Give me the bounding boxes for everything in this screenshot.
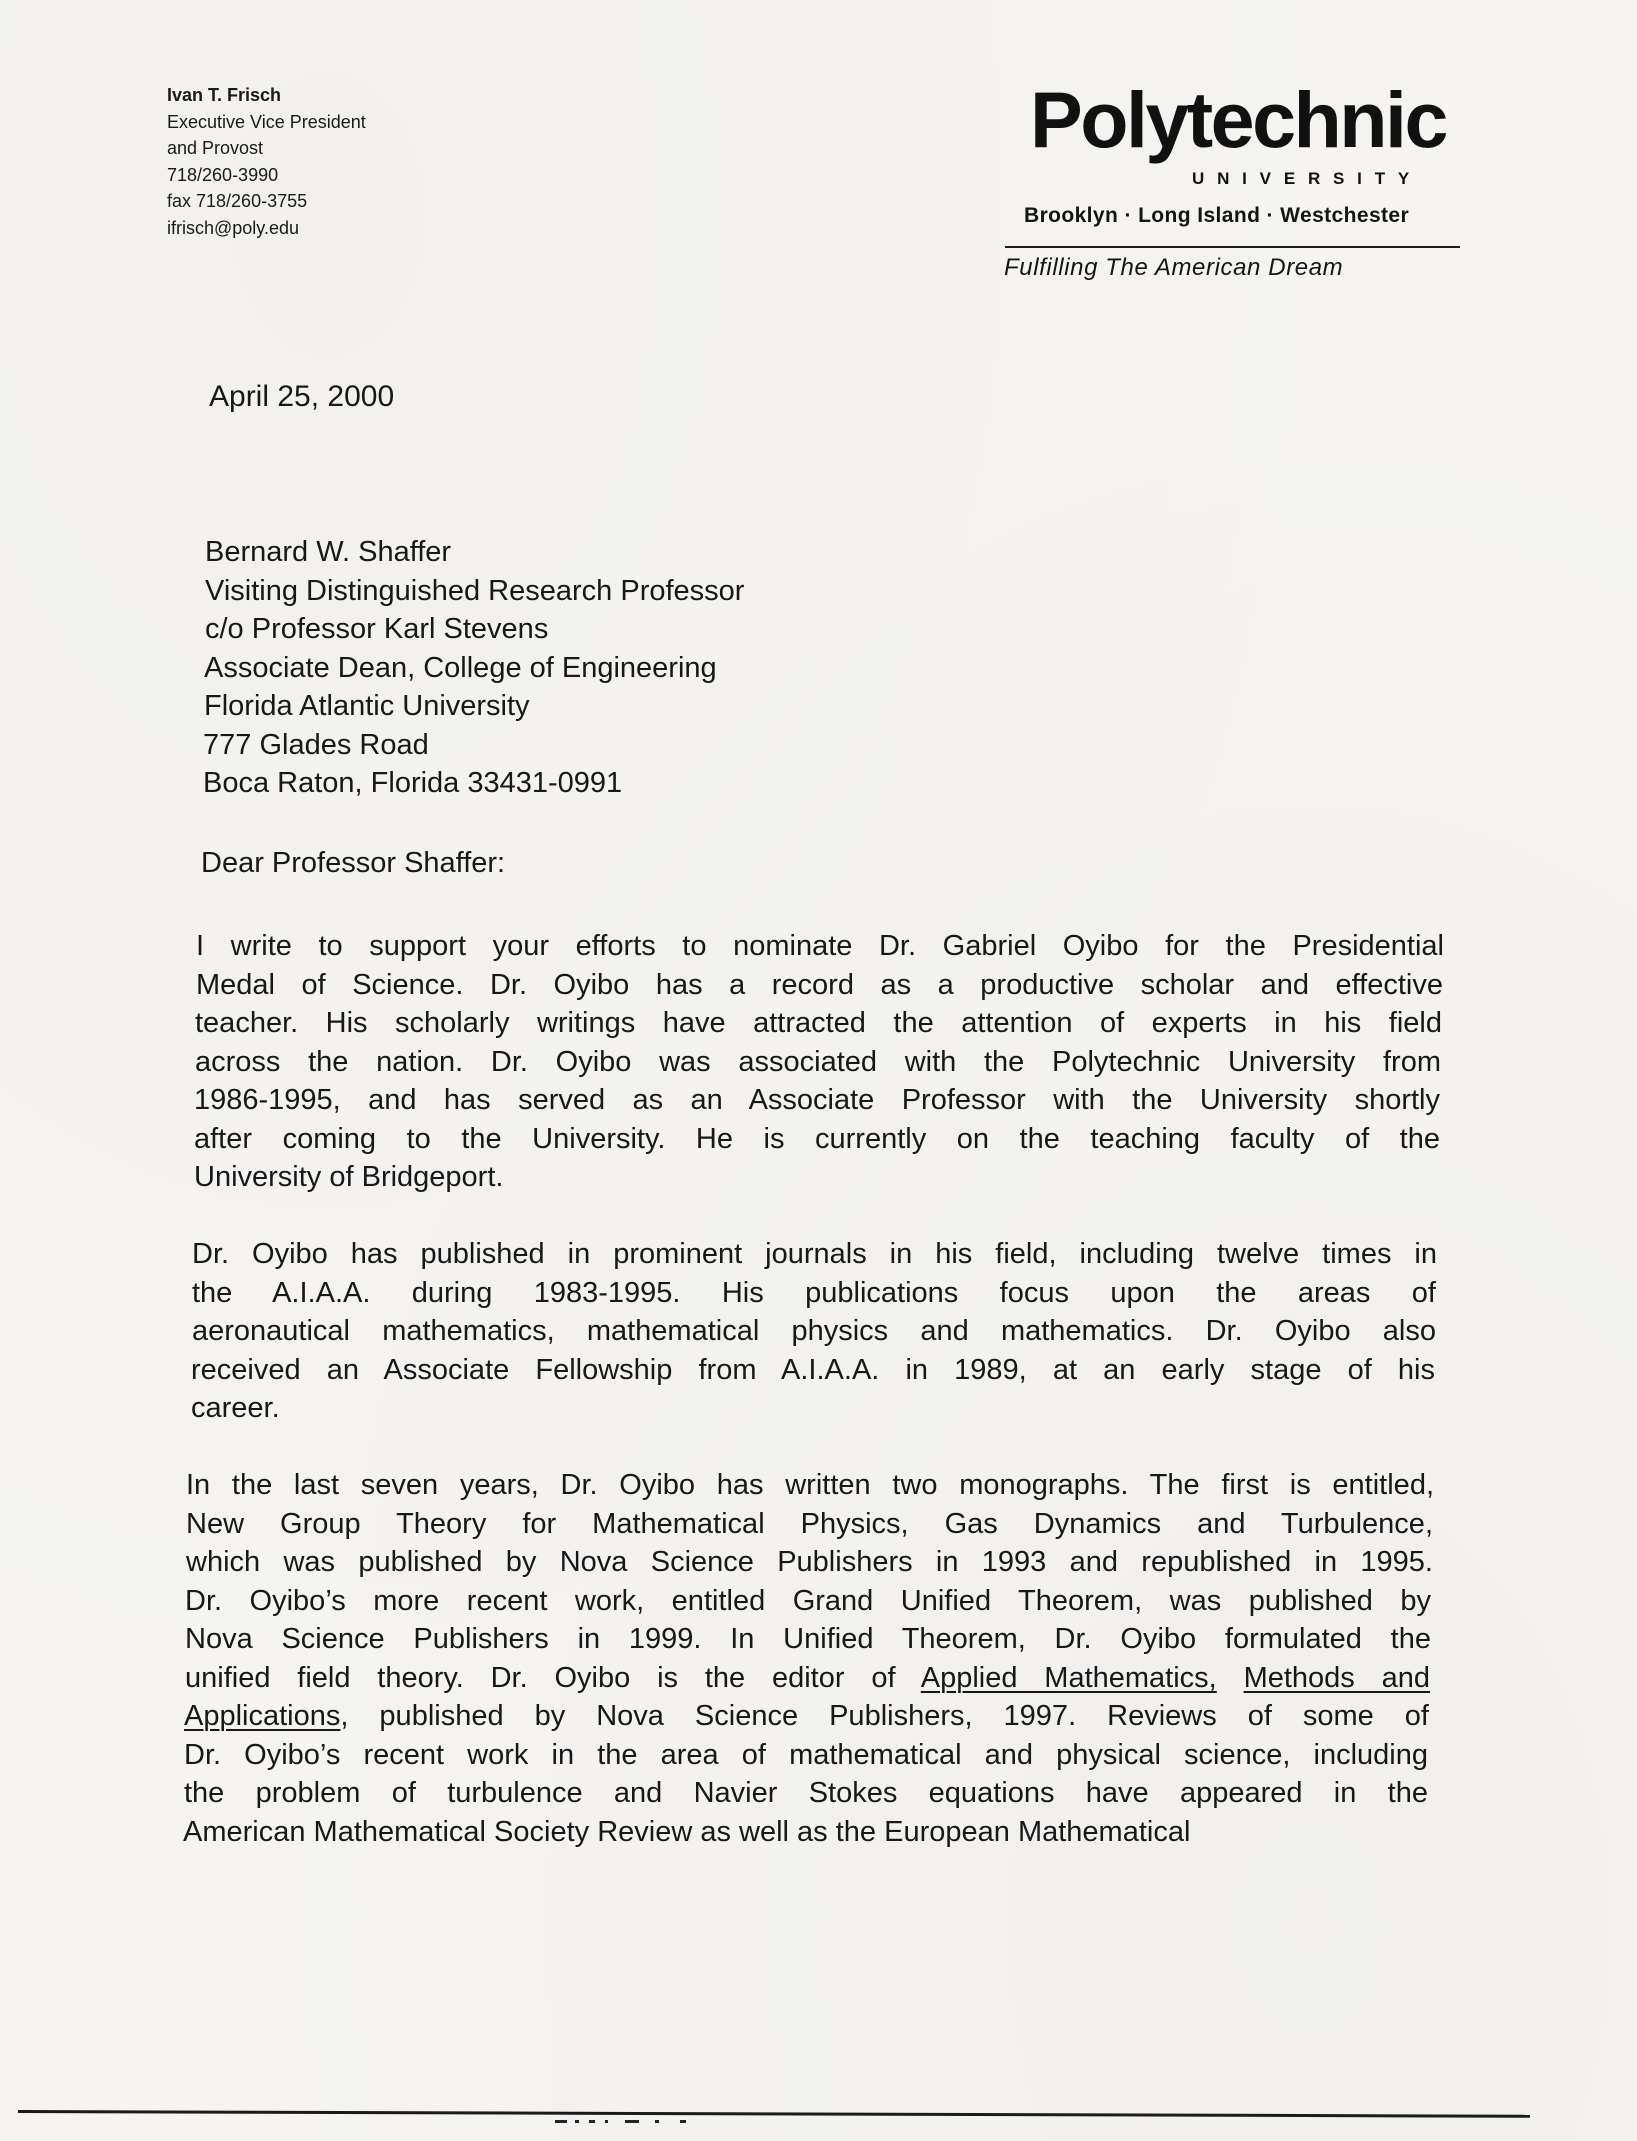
paragraph-line: teacher. His scholarly writings have att… bbox=[195, 1009, 1442, 1038]
paragraph-line: received an Associate Fellowship from A.… bbox=[191, 1356, 1435, 1385]
paragraph-line: Dr. Oyibo’s recent work in the area of m… bbox=[184, 1741, 1428, 1770]
sender-phone: 718/260-3990 bbox=[167, 162, 366, 189]
paragraph-line: Dr. Oyibo has published in prominent jou… bbox=[192, 1240, 1437, 1269]
paragraph-line: Applications, published by Nova Science … bbox=[184, 1702, 1429, 1731]
sender-title-cont: and Provost bbox=[167, 135, 366, 162]
paragraph-text: unified field theory. Dr. Oyibo is the e… bbox=[185, 1662, 921, 1694]
paragraph-line: the problem of turbulence and Navier Sto… bbox=[184, 1779, 1428, 1808]
paragraph-line: career. bbox=[191, 1394, 280, 1423]
letterhead-divider bbox=[1005, 246, 1460, 248]
recipient-line: Boca Raton, Florida 33431-0991 bbox=[203, 769, 622, 798]
recipient-line: c/o Professor Karl Stevens bbox=[205, 615, 548, 644]
sender-email: ifrisch@poly.edu bbox=[167, 215, 366, 242]
sender-name: Ivan T. Frisch bbox=[167, 82, 366, 109]
paragraph-line: Dr. Oyibo’s more recent work, entitled G… bbox=[185, 1587, 1431, 1616]
paragraph-line: In the last seven years, Dr. Oyibo has w… bbox=[186, 1471, 1434, 1500]
paragraph-line: unified field theory. Dr. Oyibo is the e… bbox=[185, 1664, 1430, 1693]
book-title: Applications bbox=[184, 1700, 340, 1732]
institution-subtitle: UNIVERSITY bbox=[1192, 170, 1422, 187]
recipient-line: 777 Glades Road bbox=[203, 731, 429, 760]
recipient-line: Visiting Distinguished Research Professo… bbox=[205, 577, 744, 606]
recipient-line: Associate Dean, College of Engineering bbox=[204, 654, 717, 683]
paragraph-line: 1986-1995, and has served as an Associat… bbox=[194, 1086, 1440, 1115]
recipient-line: Florida Atlantic University bbox=[204, 692, 530, 721]
paragraph-line: aeronautical mathematics, mathematical p… bbox=[192, 1317, 1436, 1346]
campus-list: Brooklyn · Long Island · Westchester bbox=[1024, 204, 1409, 228]
paragraph-line: Medal of Science. Dr. Oyibo has a record… bbox=[196, 971, 1443, 1000]
letter-date: April 25, 2000 bbox=[209, 382, 394, 412]
sender-fax: fax 718/260-3755 bbox=[167, 188, 366, 215]
letterhead-logo: Polytechnic UNIVERSITY Brooklyn · Long I… bbox=[990, 80, 1490, 300]
sender-block: Ivan T. Frisch Executive Vice President … bbox=[167, 82, 366, 241]
paragraph-text: , published by Nova Science Publishers, … bbox=[340, 1700, 1429, 1732]
paragraph-line: I write to support your efforts to nomin… bbox=[196, 932, 1444, 961]
sender-title: Executive Vice President bbox=[167, 109, 366, 136]
institution-name: Polytechnic bbox=[1030, 80, 1446, 159]
paragraph-line: across the nation. Dr. Oyibo was associa… bbox=[195, 1048, 1441, 1077]
institution-tagline: Fulfilling The American Dream bbox=[1004, 254, 1343, 282]
paragraph-line: the A.I.A.A. during 1983-1995. His publi… bbox=[192, 1279, 1436, 1308]
paragraph-line: American Mathematical Society Review as … bbox=[183, 1818, 1190, 1847]
paragraph-line: University of Bridgeport. bbox=[194, 1163, 503, 1192]
salutation: Dear Professor Shaffer: bbox=[201, 849, 505, 878]
book-title: Methods and bbox=[1244, 1662, 1430, 1694]
paragraph-line: which was published by Nova Science Publ… bbox=[186, 1548, 1433, 1577]
footer-cutoff-text bbox=[555, 2120, 725, 2126]
letter-page: Ivan T. Frisch Executive Vice President … bbox=[0, 0, 1637, 2141]
paragraph-line: New Group Theory for Mathematical Physic… bbox=[186, 1510, 1433, 1539]
paragraph-line: after coming to the University. He is cu… bbox=[194, 1125, 1440, 1154]
paragraph-line: Nova Science Publishers in 1999. In Unif… bbox=[185, 1625, 1431, 1654]
footer-divider bbox=[18, 2110, 1530, 2118]
book-title: Applied Mathematics, bbox=[921, 1662, 1217, 1694]
recipient-line: Bernard W. Shaffer bbox=[205, 538, 451, 567]
